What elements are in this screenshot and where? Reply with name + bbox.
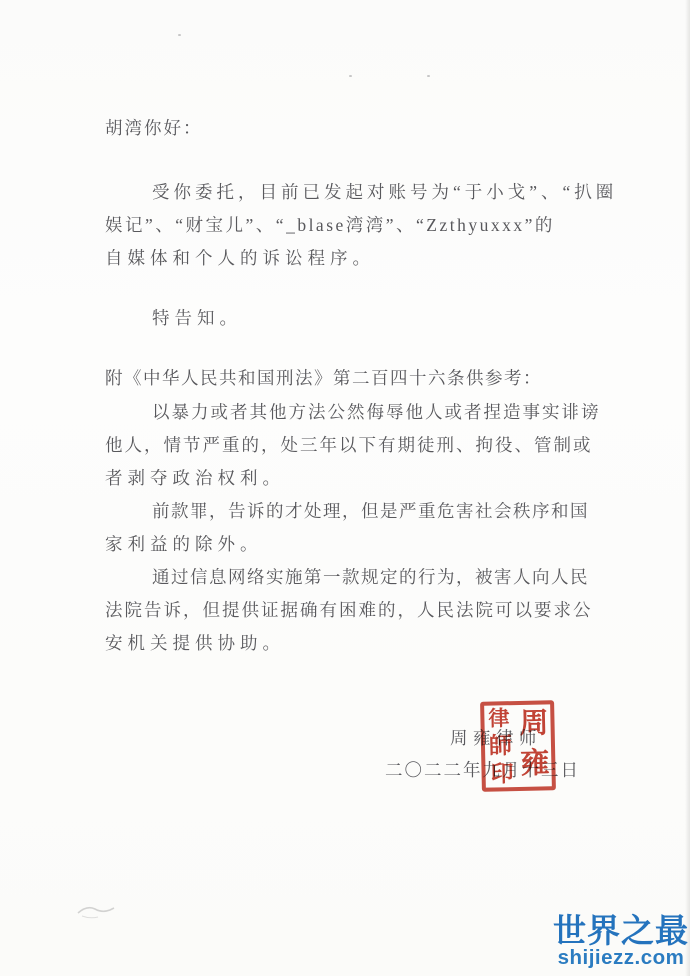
seal-character: 周 bbox=[519, 709, 549, 739]
paragraph-line: 自媒体和个人的诉讼程序。 bbox=[105, 247, 375, 269]
scanned-letter-page: 胡湾你好： 受你委托，目前已发起对账号为“于小戈”、“扒圈 娱记”、“财宝儿”、… bbox=[0, 0, 690, 976]
paragraph-line: 受你委托，目前已发起对账号为“于小戈”、“扒圈 bbox=[105, 181, 617, 203]
seal-character: 律 bbox=[488, 708, 509, 729]
law-line: 家利益的除外。 bbox=[105, 533, 263, 555]
scan-edge-shadow bbox=[685, 0, 690, 976]
scan-speck bbox=[349, 75, 352, 77]
scan-smudge bbox=[72, 899, 120, 925]
law-line: 前款罪，告诉的才处理，但是严重危害社会秩序和国 bbox=[105, 500, 589, 522]
law-line: 安机关提供协助。 bbox=[105, 632, 285, 654]
seal-character: 印 bbox=[490, 762, 513, 785]
greeting-line: 胡湾你好： bbox=[105, 117, 203, 139]
lawyer-seal-stamp: 周 雍 律 師 印 bbox=[480, 700, 556, 792]
watermark-logo: 世界之最 bbox=[553, 914, 689, 947]
seal-character: 雍 bbox=[520, 749, 550, 779]
scan-speck bbox=[178, 34, 181, 36]
scan-speck bbox=[427, 75, 430, 77]
attachment-heading: 附《中华人民共和国刑法》第二百四十六条供参考： bbox=[105, 367, 542, 389]
law-line: 他人，情节严重的，处三年以下有期徒刑、拘役、管制或 bbox=[105, 434, 593, 456]
seal-character: 師 bbox=[489, 734, 512, 757]
law-line: 法院告诉，但提供证据确有困难的，人民法院可以要求公 bbox=[105, 599, 593, 621]
notice-line: 特告知。 bbox=[105, 307, 242, 329]
watermark-domain: shijiezz.com bbox=[553, 948, 689, 969]
law-line: 通过信息网络实施第一款规定的行为，被害人向人民 bbox=[105, 566, 589, 588]
law-line: 以暴力或者其他方法公然侮辱他人或者捏造事实诽谤 bbox=[105, 401, 601, 423]
law-line: 者剥夺政治权利。 bbox=[105, 467, 285, 489]
site-watermark: 世界之最 shijiezz.com bbox=[553, 914, 689, 969]
paragraph-line: 娱记”、“财宝儿”、“_blase湾湾”、“Zzthyuxxx”的 bbox=[105, 214, 555, 236]
